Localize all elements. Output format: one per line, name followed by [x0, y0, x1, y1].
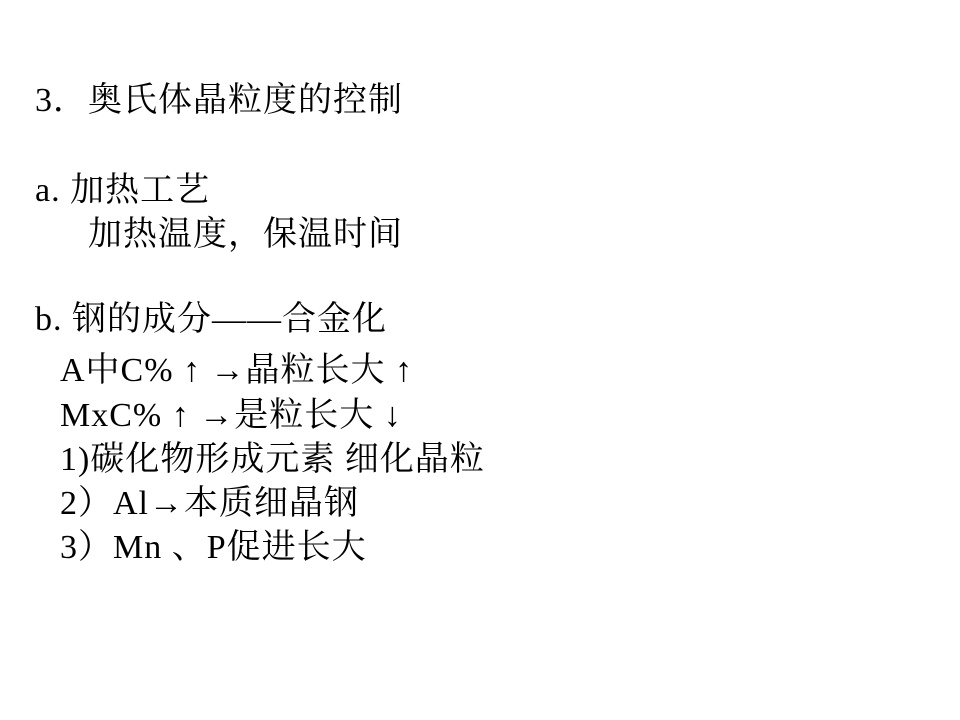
section-a-heading: a. 加热工艺	[35, 170, 210, 212]
section-b-item-mn-p: 3）Mn 、P促进长大	[60, 527, 367, 569]
section-b-item-carbide-effect: MxC% ↑ →是粒长大 ↓	[60, 395, 402, 437]
slide-title: 3．奥氏体晶粒度的控制	[35, 80, 403, 122]
slide-canvas: 3．奥氏体晶粒度的控制 a. 加热工艺 加热温度，保温时间 b. 钢的成分——合…	[0, 0, 960, 720]
section-a-detail: 加热温度，保温时间	[88, 214, 403, 256]
section-b-heading: b. 钢的成分——合金化	[35, 299, 387, 341]
section-b-item-carbide-formers: 1)碳化物形成元素 细化晶粒	[60, 439, 485, 481]
section-b-item-carbon-effect: A中C% ↑ →晶粒长大 ↑	[60, 350, 413, 392]
section-b-item-aluminum: 2）Al→本质细晶钢	[60, 483, 359, 525]
